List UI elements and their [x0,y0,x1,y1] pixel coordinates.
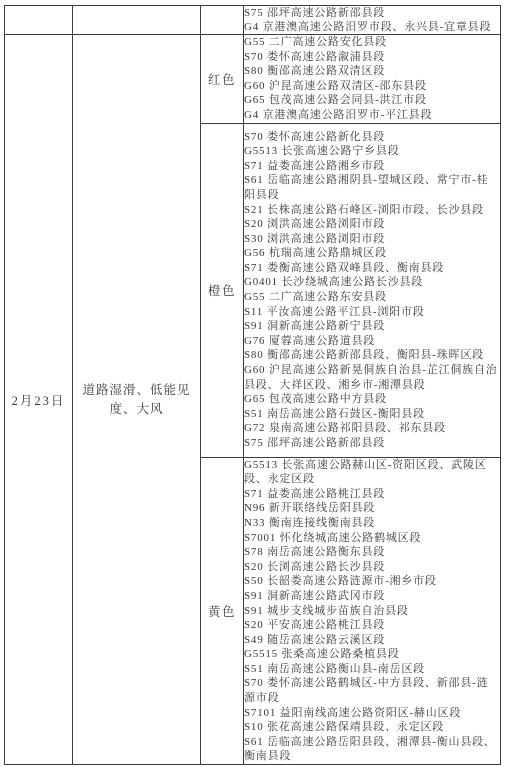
document-page: S75 邵坪高速公路新邵县段G4 京港澳高速公路汨罗市段、永兴县-宜章县段 2月… [0,0,507,767]
road-line: G65 包茂高速公路会同县-洪江市段 [244,93,500,108]
table-row-red-level: 2月23日 道路湿滑、低能见度、大风 红色 G55 二广高速公路安化县段S70 … [5,35,501,124]
road-line: S51 南岳高速公路衡山县-南岳区段 [244,662,500,677]
road-line: G4 京港澳高速公路汨罗市-平江县段 [244,108,500,123]
road-line: S80 衡邵高速公路新邵县段、衡阳县-珠晖区段 [244,348,500,363]
road-line: G65 包茂高速公路中方县段 [244,392,500,407]
road-line: S51 南岳高速公路石鼓区-衡阳县段 [244,407,500,422]
prev-hazard-cell-empty [73,6,201,35]
road-line: S75 邵坪高速公路新邵县段 [244,436,500,451]
level-cell-orange: 橙色 [201,123,244,457]
road-list-yellow: G5513 长张高速公路赫山区-资阳区段、武陵区段、永定区段S71 益娄高速公路… [244,457,501,764]
road-list-previous: S75 邵坪高速公路新邵县段G4 京港澳高速公路汨罗市段、永兴县-宜章县段 [244,6,501,35]
road-line: G5513 长张高速公路赫山区-资阳区段、武陵区段、永定区段 [244,458,500,487]
road-line: G0401 长沙绕城高速公路长沙县段 [244,275,500,290]
road-list-red: G55 二广高速公路安化县段S70 娄怀高速公路溆浦县段S80 衡邵高速公路双清… [244,35,501,124]
road-line: S71 娄衡高速公路双峰县段、衡南县段 [244,261,500,276]
prev-level-cell-empty [201,6,244,35]
road-line: G60 沪昆高速公路双清区-邵东县段 [244,79,500,94]
road-line: S78 南岳高速公路衡东县段 [244,545,500,560]
road-line: S70 娄怀高速公路新化县段 [244,130,500,145]
road-line: S50 长韶娄高速公路涟源市-湘乡市段 [244,574,500,589]
road-line: S7101 益阳南线高速公路资阳区-赫山区段 [244,706,500,721]
road-line: G55 二广高速公路安化县段 [244,35,500,50]
road-line: S80 衡邵高速公路双清区段 [244,64,500,79]
level-cell-yellow: 黄色 [201,457,244,764]
road-line: S70 娄怀高速公路溆浦县段 [244,50,500,65]
road-list-orange: S70 娄怀高速公路新化县段G5513 长张高速公路宁乡县段S71 益娄高速公路… [244,123,501,457]
road-line: S61 岳临高速公路湘阴县-望城区段、常宁市-桂阳县段 [244,173,500,202]
prev-date-cell-empty [5,6,73,35]
road-line: G55 二广高速公路东安县段 [244,290,500,305]
road-line: S49 随岳高速公路云溪区段 [244,633,500,648]
road-line: N96 新开联络线岳阳县段 [244,501,500,516]
road-line: S20 长浏高速公路长沙县段 [244,560,500,575]
road-line: S30 浏洪高速公路浏阳市段 [244,232,500,247]
road-line: G72 泉南高速公路祁阳县段、祁东县段 [244,421,500,436]
road-line: S21 长株高速公路石峰区-浏阳市段、长沙县段 [244,203,500,218]
road-warning-table: S75 邵坪高速公路新邵县段G4 京港澳高速公路汨罗市段、永兴县-宜章县段 2月… [4,5,501,765]
road-line: S71 益娄高速公路桃江县段 [244,487,500,502]
road-line: G5515 张桑高速公路桑植县段 [244,647,500,662]
road-line: S11 平汝高速公路平江县-浏阳市段 [244,305,500,320]
road-line: N33 衡南连接线衡南县段 [244,516,500,531]
level-cell-red: 红色 [201,35,244,124]
road-line: G4 京港澳高速公路汨罗市段、永兴县-宜章县段 [244,20,500,34]
road-line: G76 厦蓉高速公路道县段 [244,334,500,349]
road-line: S91 洞新高速公路武冈市段 [244,589,500,604]
road-line: S61 岳临高速公路岳阳县段、湘潭县-衡山县段、衡南县段 [244,735,500,764]
date-cell: 2月23日 [5,35,73,765]
road-line: G60 沪昆高速公路新晃侗族自治县-芷江侗族自治县段、大祥区段、湘乡市-湘潭县段 [244,363,500,392]
road-line: S91 洞新高速公路新宁县段 [244,319,500,334]
road-line: S10 张花高速公路保靖县段、永定区段 [244,720,500,735]
road-line: S91 城步支线城步苗族自治县段 [244,604,500,619]
hazard-cell: 道路湿滑、低能见度、大风 [73,35,201,765]
road-line: S20 平安高速公路桃江县段 [244,618,500,633]
road-line: S71 益娄高速公路湘乡市段 [244,159,500,174]
road-line: S70 娄怀高速公路鹤城区-中方县段、新邵县-涟源市段 [244,676,500,705]
road-line: S7001 怀化绕城高速公路鹤城区段 [244,531,500,546]
road-line: G56 杭瑞高速公路鼎城区段 [244,246,500,261]
road-line: S20 浏洪高速公路浏阳市段 [244,217,500,232]
road-line: G5513 长张高速公路宁乡县段 [244,144,500,159]
road-line: S75 邵坪高速公路新邵县段 [244,6,500,20]
table-row-previous-block: S75 邵坪高速公路新邵县段G4 京港澳高速公路汨罗市段、永兴县-宜章县段 [5,6,501,35]
